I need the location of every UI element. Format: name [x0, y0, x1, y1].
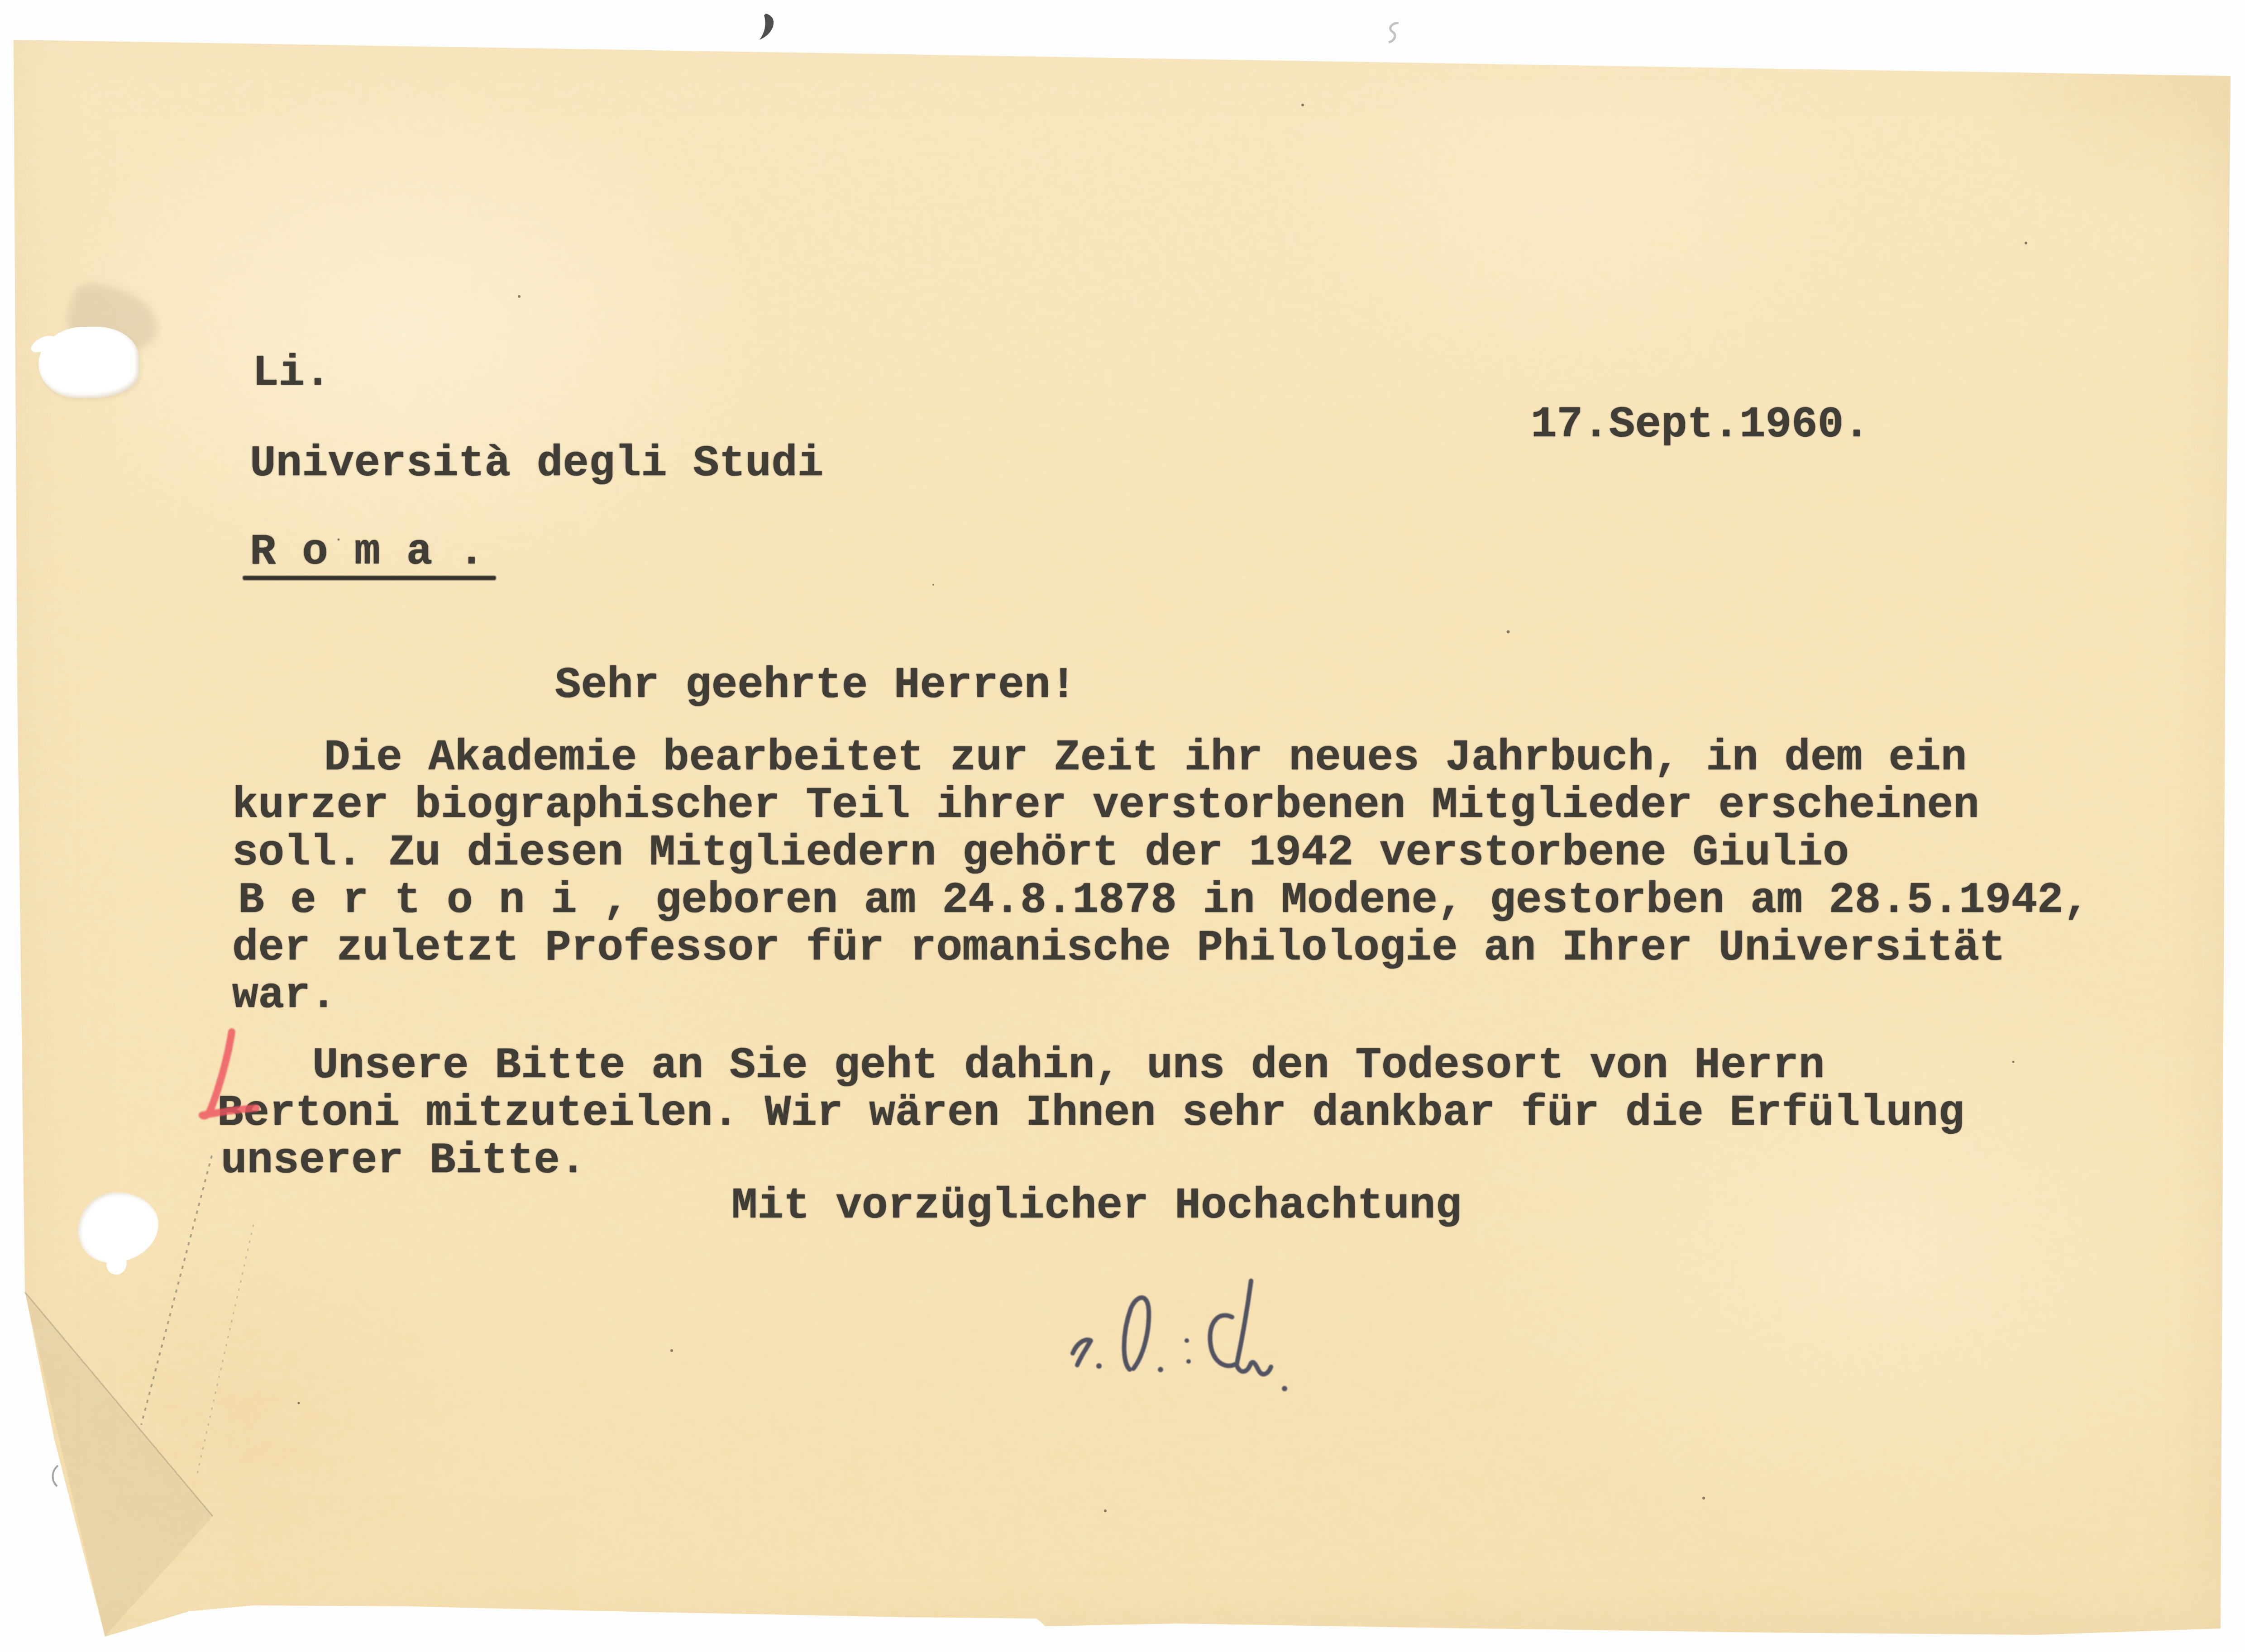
recipient-line-2: Università degli Studi	[250, 440, 823, 487]
letter-line: der zuletzt Professor für romanische Phi…	[232, 924, 2005, 972]
closing-line: Mit vorzüglicher Hochachtung	[731, 1182, 1462, 1230]
letter-line: Unsere Bitte an Sie geht dahin, uns den …	[312, 1042, 1825, 1089]
letter-line: Bertoni mitzuteilen. Wir wären Ihnen seh…	[217, 1089, 1964, 1137]
letter-line: kurzer biographischer Teil ihrer verstor…	[232, 782, 1979, 829]
recipient-line-1: Li.	[253, 349, 331, 397]
letter-line: unserer Bitte.	[221, 1137, 586, 1184]
margin-speck-comma	[759, 14, 774, 40]
letter-line: B e r t o n i , geboren am 24.8.1878 in …	[238, 877, 2089, 924]
letter-line: soll. Zu diesen Mitgliedern gehört der 1…	[232, 829, 1849, 877]
recipient-city: R o m a .	[250, 528, 484, 576]
recipient-city-underline	[243, 576, 496, 580]
margin-speck-curl	[1389, 23, 1399, 43]
pencil-arc-mark	[53, 1466, 58, 1486]
scanner-background: Li. Università degli Studi R o m a . 17.…	[0, 0, 2245, 1652]
salutation: Sehr geehrte Herren!	[555, 662, 1076, 709]
letter-line: Die Akademie bearbeitet zur Zeit ihr neu…	[324, 734, 1967, 782]
letter-date: 17.Sept.1960.	[1531, 401, 1870, 449]
letter-line: war.	[232, 972, 336, 1019]
